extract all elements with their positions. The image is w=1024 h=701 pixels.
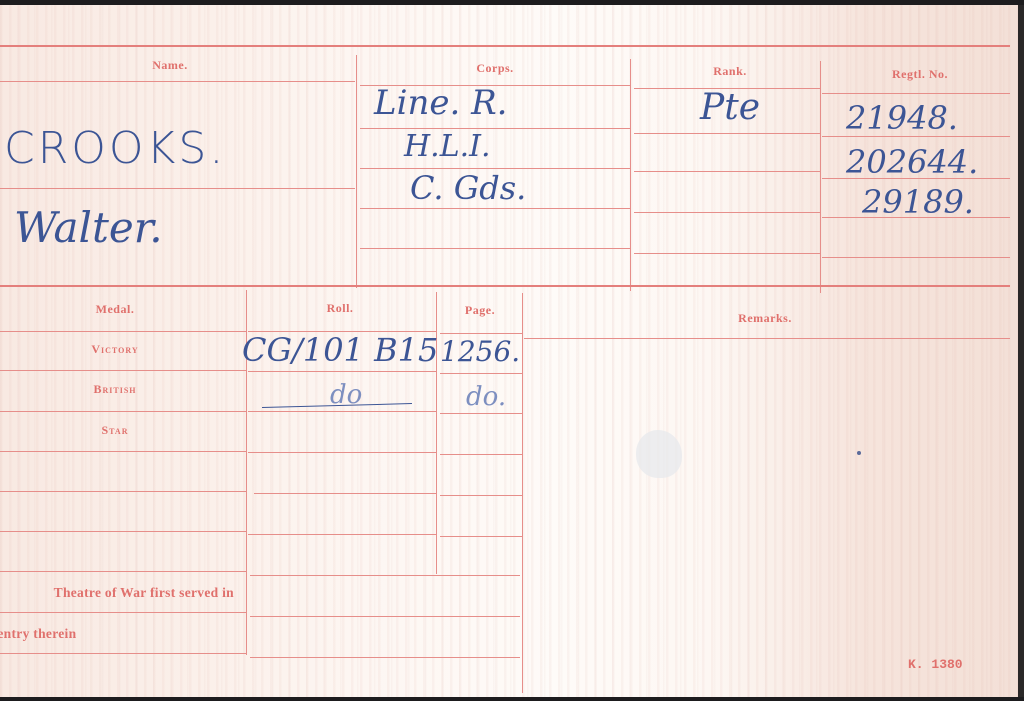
medal-row-star: Star bbox=[50, 423, 180, 438]
rule bbox=[248, 452, 436, 453]
remarks-header: Remarks. bbox=[700, 311, 830, 326]
rule bbox=[630, 59, 631, 291]
rule bbox=[248, 411, 436, 412]
ink-dot bbox=[857, 451, 861, 455]
rule bbox=[250, 575, 520, 576]
rule bbox=[0, 411, 246, 412]
rule bbox=[360, 128, 630, 129]
regtl-no-1: 21948. bbox=[846, 99, 958, 137]
theatre-label: Theatre of War first served in bbox=[54, 585, 234, 601]
rule bbox=[522, 293, 523, 693]
rule bbox=[440, 413, 522, 414]
faded-stamp bbox=[636, 430, 682, 478]
rule bbox=[634, 253, 820, 254]
rule bbox=[524, 338, 1010, 339]
rule bbox=[440, 333, 522, 334]
rule bbox=[0, 331, 246, 332]
rank: Pte bbox=[700, 87, 760, 128]
theatre-label-clip: Theatre of War first served in bbox=[0, 583, 246, 607]
date-label-clip: Date of entry therein bbox=[0, 624, 246, 648]
regtl-no-2: 202644. bbox=[846, 143, 978, 181]
rule bbox=[0, 571, 246, 572]
british-page: do. bbox=[466, 382, 506, 412]
rule bbox=[0, 370, 246, 371]
name-header: Name. bbox=[120, 58, 220, 73]
surname: CROOKS. bbox=[4, 123, 226, 174]
medal-header: Medal. bbox=[60, 302, 170, 317]
rule bbox=[634, 133, 820, 134]
rule bbox=[248, 371, 436, 372]
date-label: Date of entry therein bbox=[0, 626, 76, 642]
rule bbox=[250, 616, 520, 617]
regtl-no-3: 29189. bbox=[862, 183, 974, 221]
corps-line-3: C. Gds. bbox=[410, 169, 526, 207]
forename: Walter. bbox=[14, 203, 163, 252]
rule bbox=[248, 534, 436, 535]
rule bbox=[360, 248, 630, 249]
rule bbox=[0, 45, 1010, 47]
regtl-no-header: Regtl. No. bbox=[860, 67, 980, 82]
roll-header: Roll. bbox=[290, 301, 390, 316]
corps-header: Corps. bbox=[445, 61, 545, 76]
rule bbox=[0, 491, 246, 492]
rule bbox=[0, 451, 246, 452]
form-number: K. 1380 bbox=[908, 657, 963, 672]
rule bbox=[440, 495, 522, 496]
rule bbox=[250, 657, 520, 658]
medal-row-british: British bbox=[50, 382, 180, 397]
corps-line-2: H.L.I. bbox=[404, 129, 491, 164]
rule bbox=[0, 531, 246, 532]
rule bbox=[0, 188, 355, 189]
rule bbox=[0, 285, 1010, 287]
medal-row-victory: Victory bbox=[50, 342, 180, 357]
rule bbox=[822, 257, 1010, 258]
victory-roll: CG/101 B15 bbox=[242, 331, 438, 369]
rule bbox=[0, 653, 246, 654]
rule bbox=[360, 208, 630, 209]
rank-header: Rank. bbox=[680, 64, 780, 79]
rule bbox=[440, 373, 522, 374]
rule bbox=[0, 81, 355, 82]
rule bbox=[634, 171, 820, 172]
rule bbox=[440, 454, 522, 455]
rule bbox=[634, 212, 820, 213]
page-header: Page. bbox=[440, 303, 520, 318]
victory-page: 1256. bbox=[440, 335, 520, 368]
rule bbox=[356, 55, 357, 288]
rule bbox=[820, 61, 821, 293]
corps-line-1: Line. R. bbox=[374, 83, 508, 123]
rule bbox=[440, 536, 522, 537]
rule bbox=[0, 612, 246, 613]
rule bbox=[822, 93, 1010, 94]
rule bbox=[254, 493, 436, 494]
medal-index-card: Name. Corps. Rank. Regtl. No. Medal. Rol… bbox=[0, 5, 1024, 697]
